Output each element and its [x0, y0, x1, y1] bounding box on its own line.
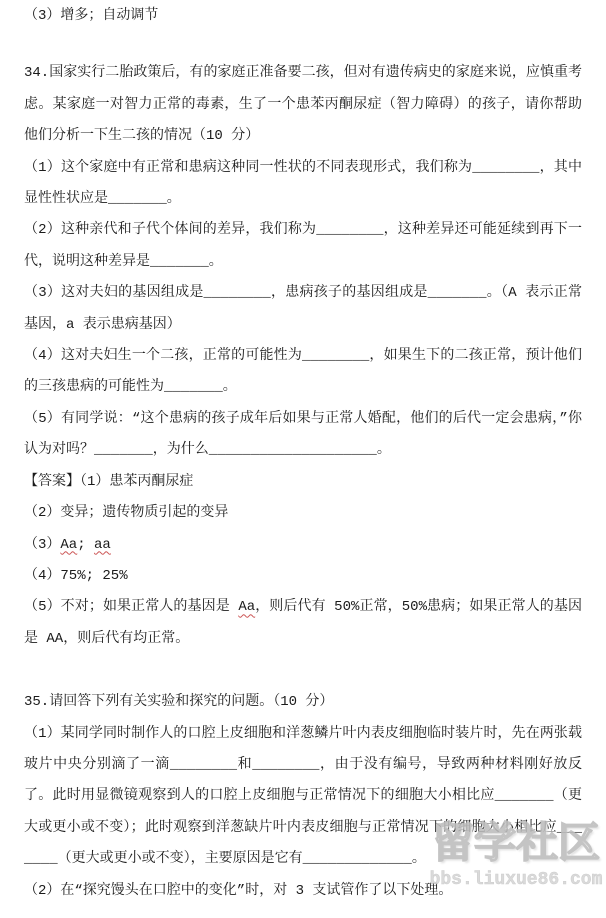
genotype-Aa-2: Aa — [238, 599, 255, 615]
exam-document: （3）增多；自动调节 34.国家实行二胎政策后，有的家庭正准备要二孩，但对有遗传… — [0, 0, 606, 907]
question-35-stem: 35.请回答下列有关实验和探究的问题。（10 分） — [24, 687, 582, 718]
genotype-aa: aa — [94, 537, 111, 553]
question-34-item-3: （3）这对夫妇的基因组成是________，患病孩子的基因组成是_______。… — [24, 278, 582, 341]
answer-34-line-1: 【答案】（1）患苯丙酮尿症 — [24, 467, 582, 498]
genotype-Aa: Aa — [60, 537, 77, 553]
section-spacer — [24, 32, 582, 58]
answer-34-line-3: （3）Aa; aa — [24, 530, 582, 561]
section-spacer — [24, 655, 582, 687]
question-34-item-1: （1）这个家庭中有正常和患病这种同一性状的不同表现形式，我们称为________… — [24, 153, 582, 216]
answer-3-separator: ; — [77, 537, 94, 553]
answer-3-label: （3） — [24, 537, 60, 553]
answer-34-line-2: （2）变异；遗传物质引起的变异 — [24, 498, 582, 529]
answer-5-text-start: （5）不对；如果正常人的基因是 — [24, 599, 238, 615]
answer-34-line-4: （4）75%; 25% — [24, 561, 582, 592]
question-34-item-4: （4）这对夫妇生一个二孩，正常的可能性为________，如果生下的二孩正常，预… — [24, 341, 582, 404]
question-34-item-2: （2）这种亲代和子代个体间的差异，我们称为________，这种差异还可能延续到… — [24, 215, 582, 278]
previous-answer-line: （3）增多；自动调节 — [24, 1, 582, 32]
answer-34-line-5: （5）不对；如果正常人的基因是 Aa，则后代有 50%正常，50%患病；如果正常… — [24, 592, 582, 655]
question-34-item-5: （5）有同学说：“这个患病的孩子成年后如果与正常人婚配，他们的后代一定会患病，”… — [24, 404, 582, 467]
question-35-item-2: （2）在“探究馒头在口腔中的变化”时，对 3 支试管作了以下处理。 — [24, 876, 582, 907]
question-35-item-1: （1）某同学同时制作人的口腔上皮细胞和洋葱鳞片叶内表皮细胞临时装片时，先在两张载… — [24, 719, 582, 876]
question-34-stem: 34.国家实行二胎政策后，有的家庭正准备要二孩，但对有遗传病史的家庭来说，应慎重… — [24, 58, 582, 152]
